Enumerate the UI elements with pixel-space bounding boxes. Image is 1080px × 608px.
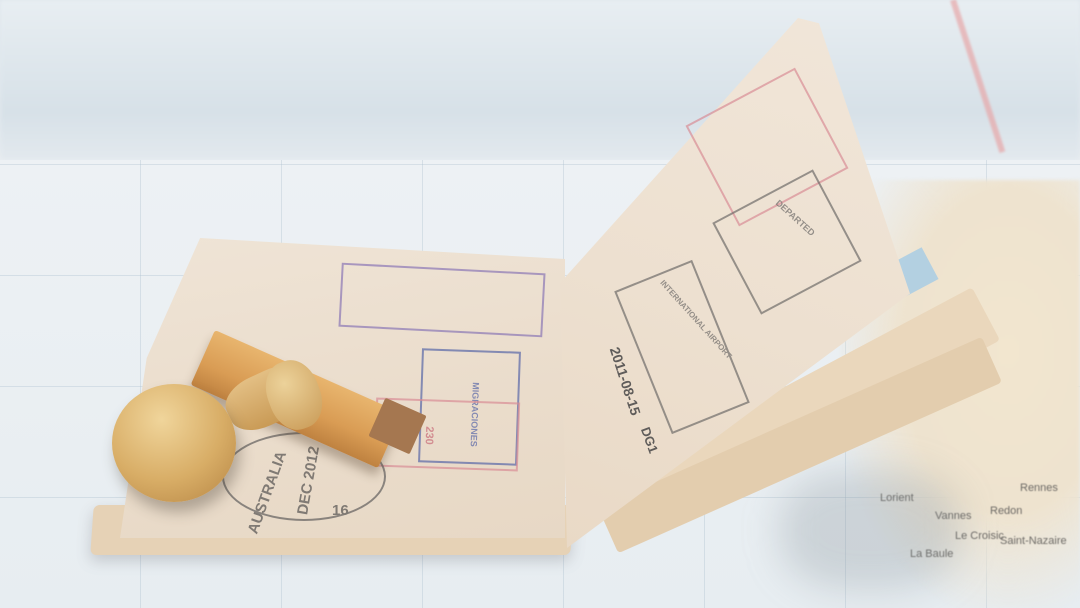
map-label: Saint-Nazaire <box>1000 535 1067 547</box>
map-label: Rennes <box>1020 482 1058 494</box>
stamp-purple <box>338 263 545 338</box>
wooden-stamp-handle <box>112 384 236 502</box>
map-label: Le Croisic <box>955 530 1004 542</box>
book-shadow <box>780 470 960 590</box>
map-label: Redon <box>990 505 1022 517</box>
background-wall <box>0 0 1080 160</box>
